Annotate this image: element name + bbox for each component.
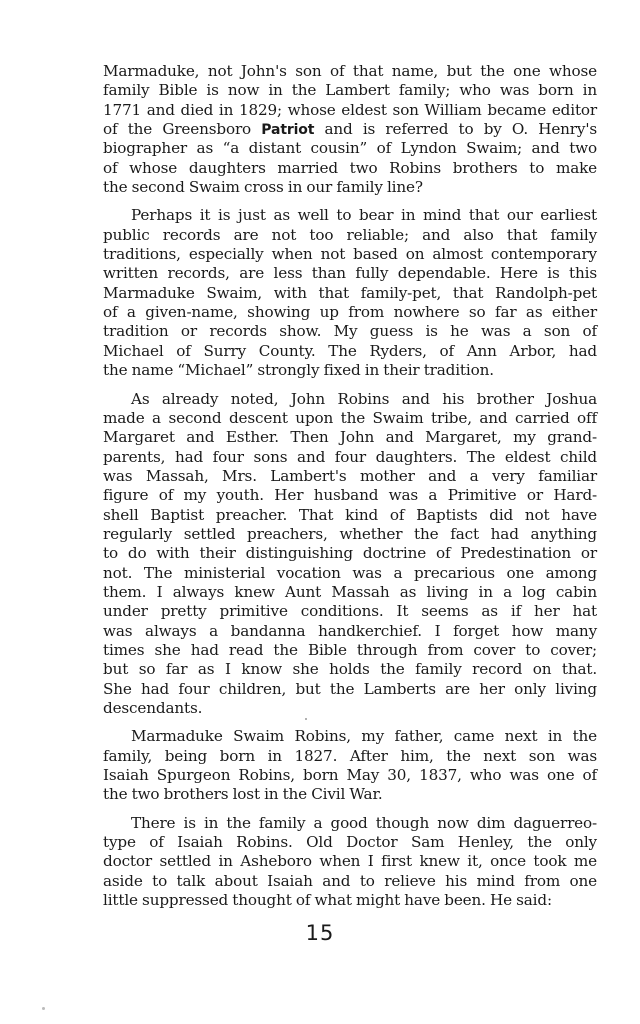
- text-line: Marmaduke Swaim, with that family-pet, t…: [103, 284, 597, 303]
- text-line: Marmaduke Swaim Robins, my father, came …: [103, 727, 597, 746]
- scan-speck: [42, 1007, 45, 1010]
- text-line: was Massah, Mrs. Lambert's mother and a …: [103, 467, 597, 486]
- text-line: but so far as I know she holds the famil…: [103, 660, 597, 679]
- text-line: biographer as “a distant cousin” of Lynd…: [103, 139, 597, 158]
- text-line: of whose daughters married two Robins br…: [103, 159, 597, 178]
- text-line: made a second descent upon the Swaim tri…: [103, 409, 597, 428]
- text-line: 1771 and died in 1829; whose eldest son …: [103, 101, 597, 120]
- text-line: Isaiah Spurgeon Robins, born May 30, 183…: [103, 766, 597, 785]
- text-line: not. The ministerial vocation was a prec…: [103, 564, 597, 583]
- paragraph-2: Perhaps it is just as well to bear in mi…: [103, 206, 597, 380]
- text-line: As already noted, John Robins and his br…: [103, 390, 597, 409]
- text-line: She had four children, but the Lamberts …: [103, 680, 597, 699]
- page-body: Marmaduke, not John's son of that name, …: [103, 62, 597, 919]
- text-line: type of Isaiah Robins. Old Doctor Sam He…: [103, 833, 597, 852]
- text-line: doctor settled in Asheboro when I first …: [103, 852, 597, 871]
- text-line: parents, had four sons and four daughter…: [103, 448, 597, 467]
- emphasized-title: Patriot: [261, 122, 314, 138]
- text-line: the second Swaim cross in our family lin…: [103, 178, 597, 197]
- paragraph-4: Marmaduke Swaim Robins, my father, came …: [103, 727, 597, 804]
- text-line: traditions, especially when not based on…: [103, 245, 597, 264]
- text-line: aside to talk about Isaiah and to reliev…: [103, 872, 597, 891]
- text-line: regularly settled preachers, whether the…: [103, 525, 597, 544]
- text-line: under pretty primitive conditions. It se…: [103, 602, 597, 621]
- text-line: There is in the family a good though now…: [103, 814, 597, 833]
- text-line: tradition or records show. My guess is h…: [103, 322, 597, 341]
- paragraph-1: Marmaduke, not John's son of that name, …: [103, 62, 597, 197]
- text-line: to do with their distinguishing doctrine…: [103, 544, 597, 563]
- page-number: 15: [0, 921, 640, 945]
- text-line: written records, are less than fully dep…: [103, 264, 597, 283]
- text-line: Perhaps it is just as well to bear in mi…: [103, 206, 597, 225]
- text-line: Marmaduke, not John's son of that name, …: [103, 62, 597, 81]
- text-line: the two brothers lost in the Civil War.: [103, 785, 597, 804]
- text-line: was always a bandanna handkerchief. I fo…: [103, 622, 597, 641]
- paragraph-3: As already noted, John Robins and his br…: [103, 390, 597, 719]
- text-line: shell Baptist preacher. That kind of Bap…: [103, 506, 597, 525]
- text-line: Michael of Surry County. The Ryders, of …: [103, 342, 597, 361]
- text-line: family, being born in 1827. After him, t…: [103, 747, 597, 766]
- text-line: of a given-name, showing up from nowhere…: [103, 303, 597, 322]
- text-line: Margaret and Esther. Then John and Marga…: [103, 428, 597, 447]
- scan-speck: [305, 718, 307, 720]
- text-line: times she had read the Bible through fro…: [103, 641, 597, 660]
- text-line: little suppressed thought of what might …: [103, 891, 597, 910]
- text-line: of the Greensboro Patriot and is referre…: [103, 120, 597, 139]
- paragraph-5: There is in the family a good though now…: [103, 814, 597, 911]
- text-line: descendants.: [103, 699, 597, 718]
- text-line: the name “Michael” strongly fixed in the…: [103, 361, 597, 380]
- text-line: figure of my youth. Her husband was a Pr…: [103, 486, 597, 505]
- text-line: public records are not too reliable; and…: [103, 226, 597, 245]
- text-line: them. I always knew Aunt Massah as livin…: [103, 583, 597, 602]
- text-line: family Bible is now in the Lambert famil…: [103, 81, 597, 100]
